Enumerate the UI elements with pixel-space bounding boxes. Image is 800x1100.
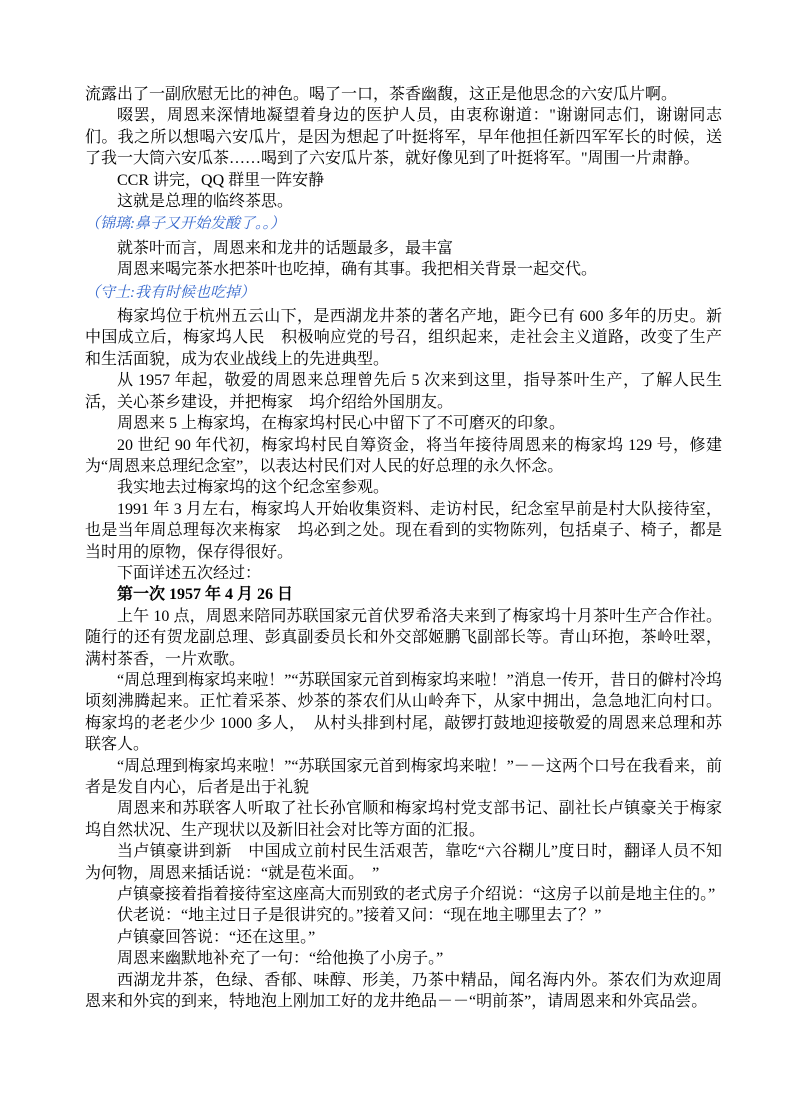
body-paragraph: “周总理到梅家坞来啦！”“苏联国家元首到梅家坞来啦！”消息一传开，昔日的僻村冷坞… <box>85 670 722 756</box>
body-paragraph: 梅家坞位于杭州五云山下，是西湖龙井茶的著名产地，距今已有 600 多年的历史。新… <box>85 306 722 370</box>
body-paragraph: 1991 年 3 月左右，梅家坞人开始收集资料、走访村民，纪念室早前是村大队接待… <box>85 499 722 563</box>
body-paragraph: 卢镇豪接着指着接待室这座高大而别致的老式房子介绍说：“这房子以前是地主住的。” <box>85 884 722 905</box>
body-paragraph: 周恩来喝完茶水把茶叶也吃掉，确有其事。我把相关背景一起交代。 <box>85 259 722 280</box>
body-paragraph: 我实地去过梅家坞的这个纪念室参观。 <box>85 477 722 498</box>
body-paragraph: 这就是总理的临终茶思。 <box>85 191 722 212</box>
body-paragraph: 啜罢，周恩来深情地凝望着身边的医护人员，由衷称谢道："谢谢同志们，谢谢同志们。我… <box>85 105 722 169</box>
annotation-paragraph: （守土:我有时候也吃掉） <box>85 283 722 304</box>
body-paragraph: 上午 10 点，周恩来陪同苏联国家元首伏罗希洛夫来到了梅家坞十月茶叶生产合作社。… <box>85 606 722 670</box>
body-paragraph: 周恩来幽默地补充了一句：“给他换了小房子。” <box>85 948 722 969</box>
document-body: 流露出了一副欣慰无比的神色。喝了一口，茶香幽馥，这正是他思念的六安瓜片啊。啜罢，… <box>85 84 722 1012</box>
body-paragraph: “周总理到梅家坞来啦！”“苏联国家元首到梅家坞来啦！”－－这两个口号在我看来，前… <box>85 756 722 799</box>
body-paragraph: 周恩来和苏联客人听取了社长孙官顺和梅家坞村党支部书记、副社长卢镇豪关于梅家坞自然… <box>85 798 722 841</box>
body-paragraph: 伏老说：“地主过日子是很讲究的。”接着又问：“现在地主哪里去了？” <box>85 905 722 926</box>
body-paragraph: 当卢镇豪讲到新 中国成立前村民生活艰苦，靠吃“六谷糊儿”度日时，翻译人员不知为何… <box>85 841 722 884</box>
body-paragraph: 周恩来 5 上梅家坞，在梅家坞村民心中留下了不可磨灭的印象。 <box>85 413 722 434</box>
body-paragraph: 卢镇豪回答说：“还在这里。” <box>85 927 722 948</box>
body-paragraph: CCR 讲完，QQ 群里一阵安静 <box>85 170 722 191</box>
annotation-paragraph: （锦璃:鼻子又开始发酸了。。） <box>85 214 722 235</box>
section-heading: 第一次 1957 年 4 月 26 日 <box>85 584 722 605</box>
body-paragraph: 西湖龙井茶，色绿、香郁、味醇、形美，乃茶中精品，闻名海内外。茶农们为欢迎周恩来和… <box>85 970 722 1013</box>
document-page: 流露出了一副欣慰无比的神色。喝了一口，茶香幽馥，这正是他思念的六安瓜片啊。啜罢，… <box>0 0 800 1100</box>
body-paragraph: 20 世纪 90 年代初，梅家坞村民自筹资金，将当年接待周恩来的梅家坞 129 … <box>85 435 722 478</box>
body-paragraph: 从 1957 年起，敬爱的周恩来总理曾先后 5 次来到这里，指导茶叶生产，了解人… <box>85 370 722 413</box>
body-paragraph: 就茶叶而言，周恩来和龙井的话题最多，最丰富 <box>85 238 722 259</box>
body-paragraph: 下面详述五次经过： <box>85 563 722 584</box>
body-paragraph: 流露出了一副欣慰无比的神色。喝了一口，茶香幽馥，这正是他思念的六安瓜片啊。 <box>85 84 722 105</box>
